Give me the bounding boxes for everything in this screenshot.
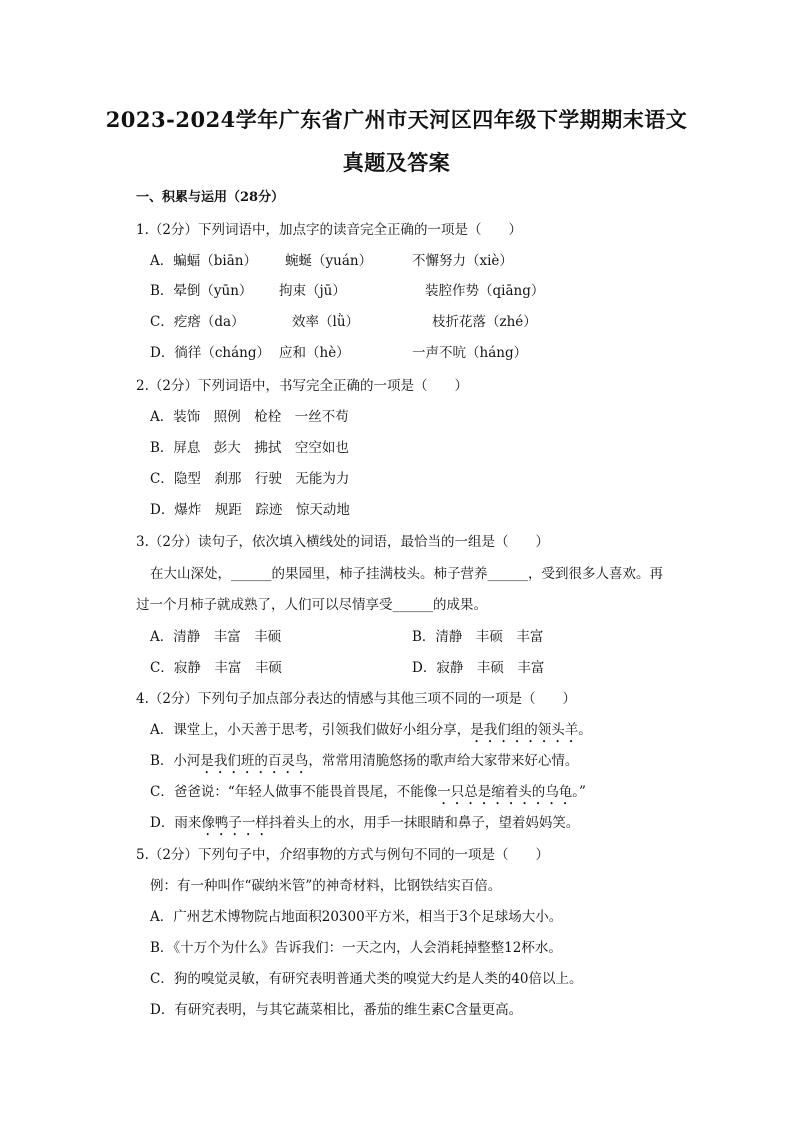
q1-option-a-3: 不懈努力（xiè） [412, 249, 513, 269]
q5-example: 例：有一种叫作“碳纳米管”的神奇材料，比钢铁结实百倍。 [150, 874, 501, 894]
q4-stem: 4.（2分）下列句子加点部分表达的情感与其他三项不同的一项是（ ） [136, 687, 576, 707]
document-title-line1: 2023-2024学年广东省广州市天河区四年级下学期期末语文 [0, 104, 793, 134]
q4-d-emphasis: 像鸭子一样 [201, 815, 269, 831]
q4-b-end: ，常常用清脆悠扬的歌声给大家带来好心情。 [308, 753, 578, 769]
q2-option-d: D．爆炸 规距 踪迹 惊天动地 [150, 498, 350, 518]
q3-stem: 3.（2分）读句子，依次填入横线处的词语，最恰当的一组是（ ） [136, 530, 549, 550]
q3-option-a: A．清静 丰富 丰硕 [150, 625, 281, 645]
q1-option-c-3: 枝折花落（zhé） [432, 310, 537, 330]
q4-d-text: D．雨来 [150, 815, 201, 831]
q1-stem: 1.（2分）下列词语中，加点字的读音完全正确的一项是（ ） [136, 218, 522, 238]
q4-d-end: 抖着头上的水，用手一抹眼睛和鼻子，望着妈妈笑。 [269, 815, 580, 831]
q2-option-c: C．隐型 刹那 行驶 无能为力 [150, 467, 349, 487]
q4-option-c: C．爸爸说：“年轻人做事不能畏首畏尾，不能像一只总是缩着头的乌龟。” [150, 780, 586, 808]
q1-option-b-1: B．晕倒（yūn） [150, 279, 252, 299]
document-title-line2: 真题及答案 [0, 147, 793, 177]
q3-passage-line2: 过一个月柿子就成熟了，人们可以尽情享受______的成果。 [136, 593, 487, 613]
section-heading: 一、积累与运用（28分） [136, 186, 284, 205]
q5-option-d: D．有研究表明，与其它蔬菜相比，番茄的维生素C含量更高。 [150, 998, 522, 1018]
q1-option-d-1: D．徜徉（cháng） [150, 341, 270, 361]
q4-a-emphasis: 是我们组的领头羊 [470, 722, 578, 738]
q4-b-text: B．小河 [150, 753, 200, 769]
q1-option-a-2: 蜿蜒（yuán） [285, 249, 372, 269]
q3-option-b: B．清静 丰硕 丰富 [412, 625, 543, 645]
q5-option-b: B．《十万个为什么》告诉我们：一天之内，人会消耗掉整整12杯水。 [150, 936, 562, 956]
q4-a-end: 。 [578, 722, 592, 738]
q2-option-a: A．装饰 照例 枪栓 一丝不苟 [150, 405, 349, 425]
q1-option-c-2: 效率（lǜ） [292, 310, 359, 330]
q4-option-b: B．小河是我们班的百灵鸟，常常用清脆悠扬的歌声给大家带来好心情。 [150, 749, 578, 777]
q4-c-emphasis: 一只总是缩着头的乌龟 [437, 784, 572, 800]
q1-option-b-2: 拘束（jū） [279, 279, 346, 299]
q3-option-c: C．寂静 丰富 丰硕 [150, 656, 282, 676]
q4-c-end: 。” [572, 784, 586, 800]
q1-option-b-3: 装腔作势（qiāng） [425, 279, 544, 299]
q4-option-d: D．雨来像鸭子一样抖着头上的水，用手一抹眼睛和鼻子，望着妈妈笑。 [150, 811, 579, 839]
q5-option-a: A．广州艺术博物院占地面积20300平方米，相当于3个足球场大小。 [150, 905, 562, 925]
q5-stem: 5.（2分）下列句子中，介绍事物的方式与例句不同的一项是（ ） [136, 843, 549, 863]
q4-option-a: A．课堂上，小天善于思考，引领我们做好小组分享，是我们组的领头羊。 [150, 718, 592, 746]
q4-c-text: C．爸爸说：“年轻人做事不能畏首畏尾，不能像 [150, 784, 437, 800]
q1-option-c-1: C．疙瘩（da） [150, 310, 245, 330]
q2-option-b: B．屏息 彭大 拂拭 空空如也 [150, 436, 349, 456]
q3-passage-line1: 在大山深处，______的果园里，柿子挂满枝头。柿子营养______，受到很多人… [150, 562, 663, 582]
q4-b-emphasis: 是我们班的百灵鸟 [200, 753, 308, 769]
q2-stem: 2.（2分）下列词语中，书写完全正确的一项是（ ） [136, 374, 468, 394]
q3-option-d: D．寂静 丰硕 丰富 [412, 656, 544, 676]
q5-option-c: C．狗的嗅觉灵敏，有研究表明普通犬类的嗅觉大约是人类的40倍以上。 [150, 967, 583, 987]
q1-option-d-2: 应和（hè） [279, 341, 350, 361]
q1-option-a-1: A．蝙蝠（biān） [150, 249, 257, 269]
q1-option-d-3: 一声不吭（háng） [412, 341, 527, 361]
q4-a-text: A．课堂上，小天善于思考，引领我们做好小组分享， [150, 722, 470, 738]
